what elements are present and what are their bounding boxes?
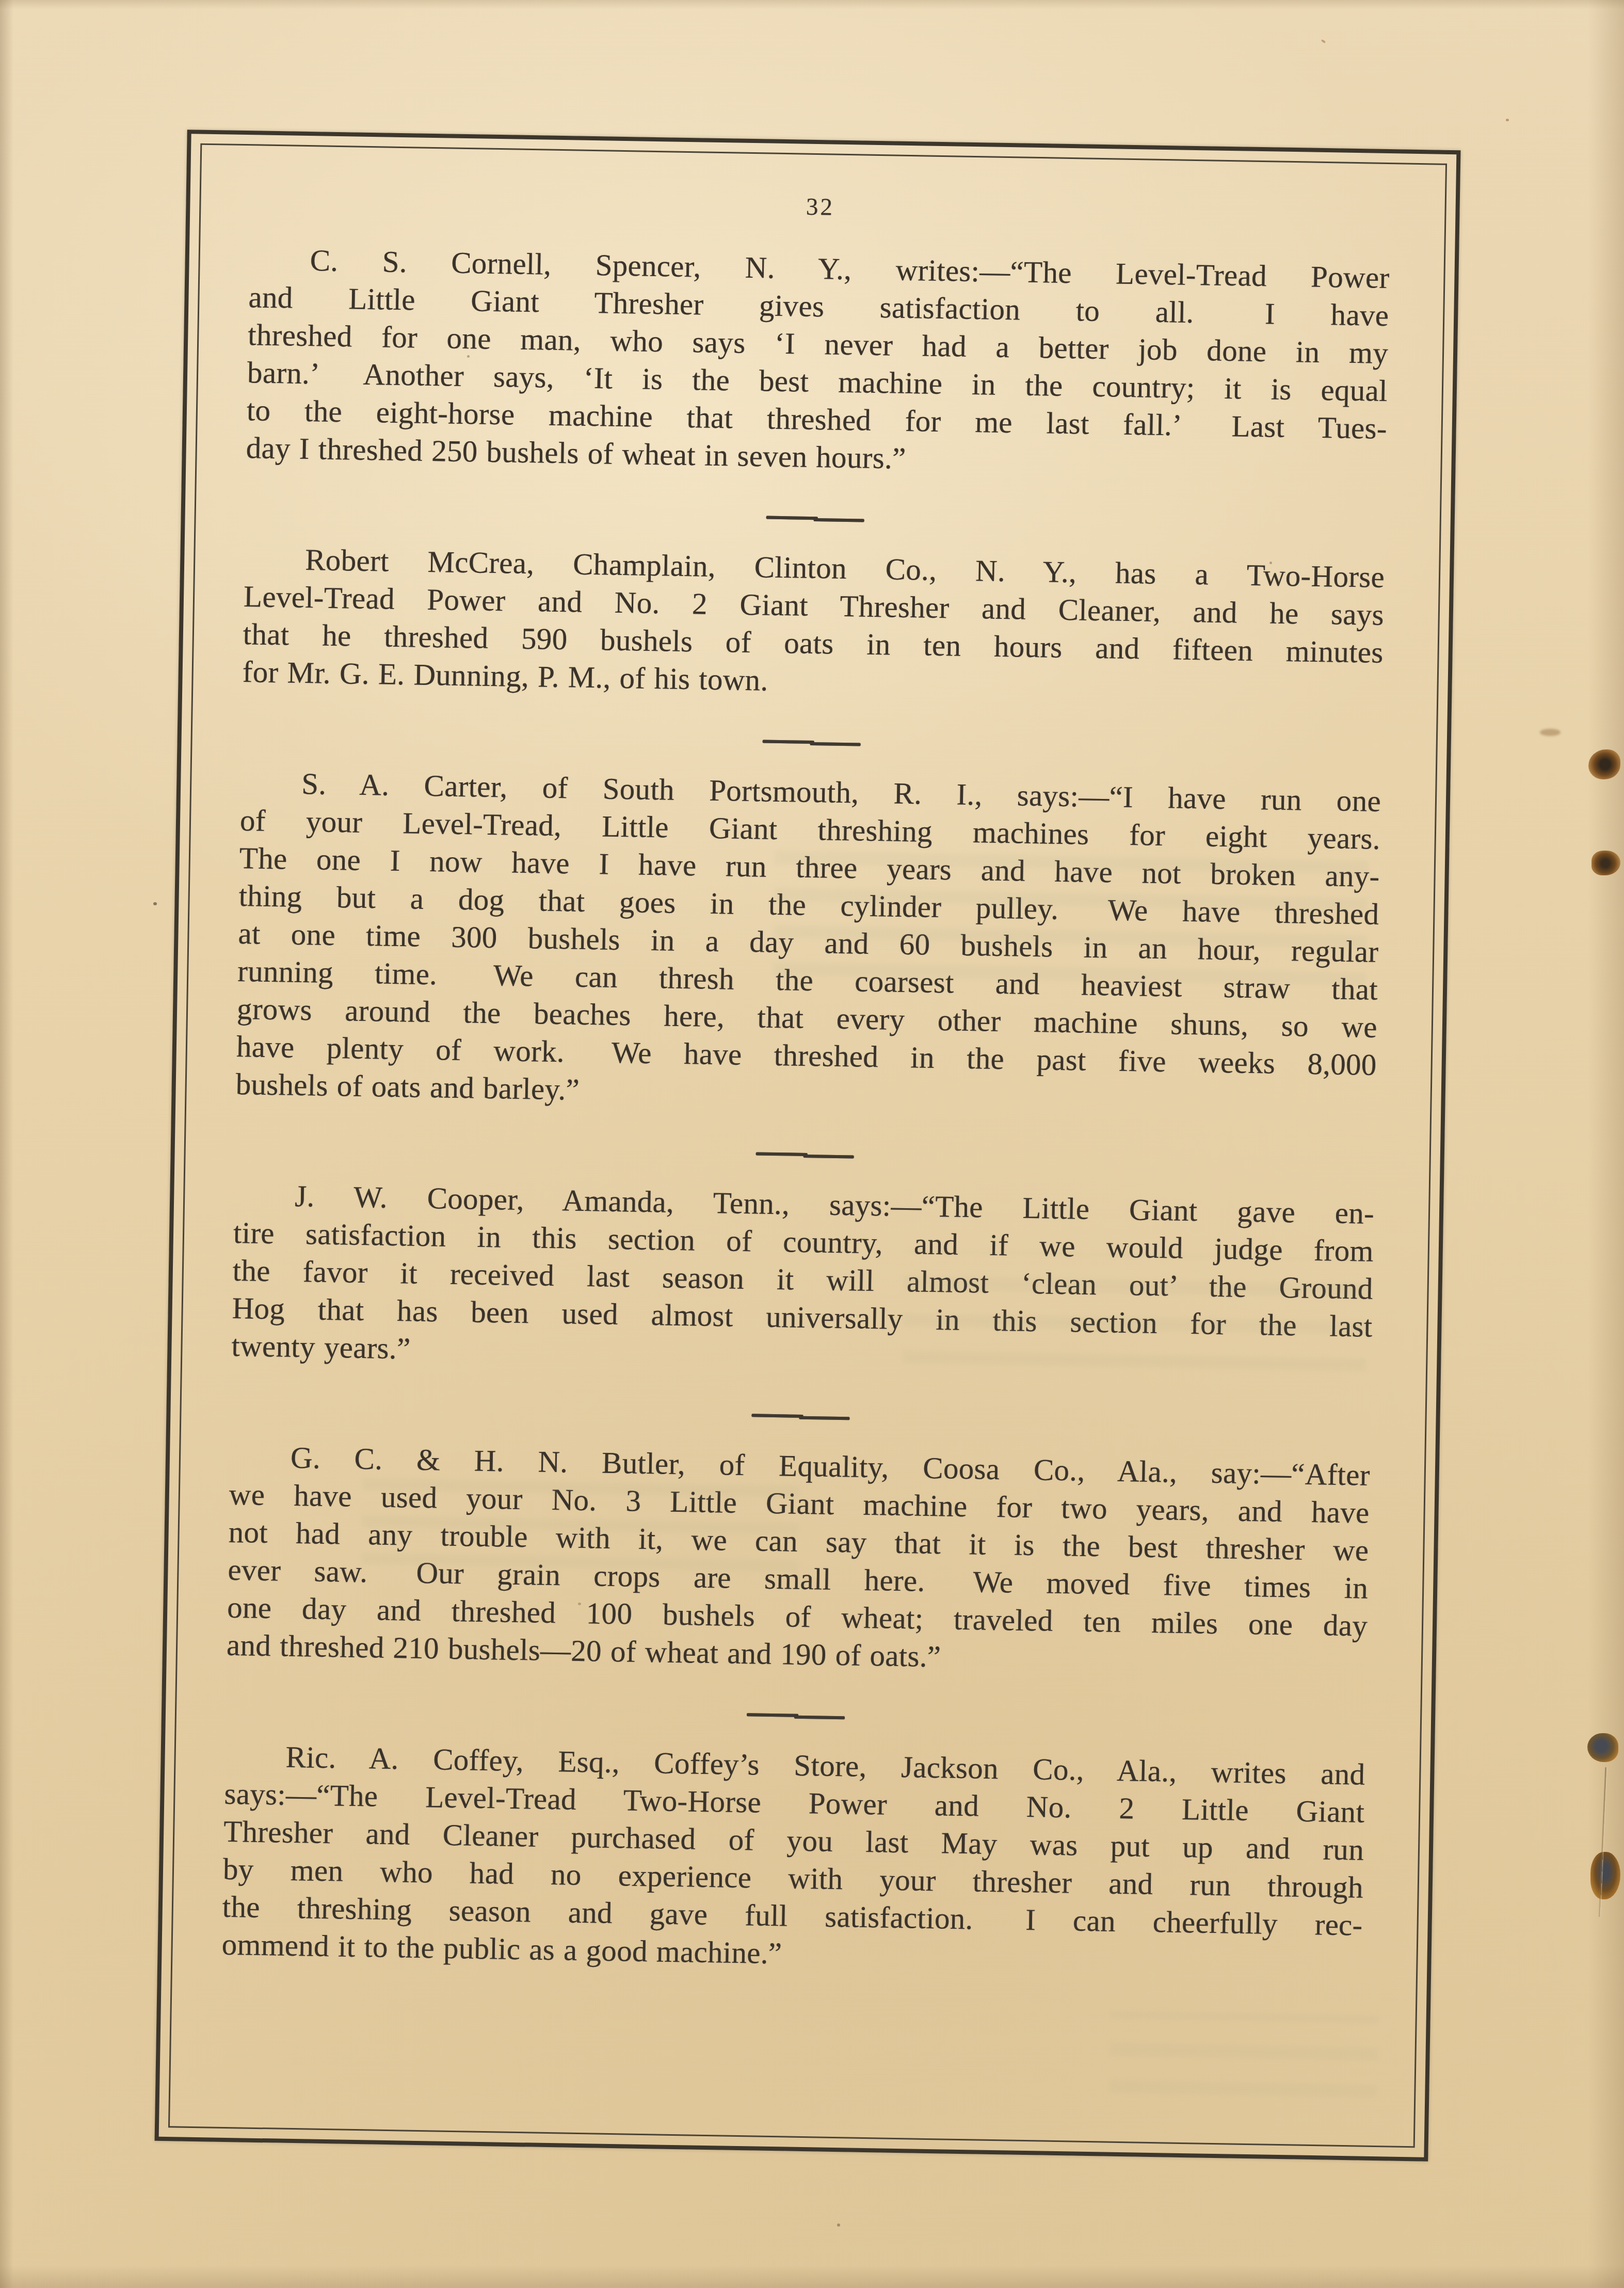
divider-dash-icon <box>803 1155 854 1159</box>
section-divider <box>763 739 861 747</box>
divider-dash-icon <box>766 516 818 520</box>
section-divider <box>751 1413 849 1421</box>
testimonial-paragraph: S. A. Carter, of South Portsmouth, R. I.… <box>235 764 1381 1122</box>
divider-dash-icon <box>794 1716 845 1720</box>
divider-dash-icon <box>810 742 861 746</box>
scan-edge-shadow-left <box>0 0 13 2288</box>
testimonial-paragraph: C. S. Cornell, Spencer, N. Y., writes:—“… <box>246 241 1390 485</box>
text-column: 32 C. S. Cornell, Spencer, N. Y., writes… <box>221 135 1391 1981</box>
testimonial-paragraph: G. C. & H. N. Butler, of Equality, Coosa… <box>227 1438 1371 1683</box>
page-number: 32 <box>250 179 1391 235</box>
foxing-spot <box>1587 1733 1618 1762</box>
foxing-spot <box>1590 1852 1620 1899</box>
paper-smudge <box>1540 729 1561 736</box>
testimonial-paragraph: Ric. A. Coffey, Esq., Coffey’s Store, Ja… <box>221 1737 1365 1982</box>
scanned-book-page: 32 C. S. Cornell, Spencer, N. Y., writes… <box>0 0 1624 2288</box>
divider-dash-icon <box>751 1414 803 1418</box>
divider-dash-icon <box>799 1416 849 1420</box>
scan-edge-shadow-bottom <box>0 2265 1624 2288</box>
testimonial-paragraph: J. W. Cooper, Amanda, Tenn., says:—“The … <box>231 1176 1375 1383</box>
paper-crease <box>1599 1767 1607 1917</box>
scan-edge-shadow-right <box>1588 0 1624 2288</box>
paper-fleck <box>1321 39 1326 43</box>
divider-dash-icon <box>763 740 814 744</box>
divider-dash-icon <box>814 518 864 522</box>
paper-fleck <box>837 2223 840 2227</box>
paper-fleck <box>1506 119 1509 121</box>
divider-dash-icon <box>756 1152 808 1156</box>
divider-dash-icon <box>747 1713 798 1717</box>
section-divider <box>766 516 864 523</box>
foxing-spot <box>1588 749 1620 779</box>
testimonial-paragraph: Robert McCrea, Champlain, Clinton Co., N… <box>242 540 1385 709</box>
paper-fleck <box>153 902 157 905</box>
scan-edge-shadow-top <box>0 0 1624 9</box>
page-rule-frame: 32 C. S. Cornell, Spencer, N. Y., writes… <box>155 130 1461 2162</box>
section-divider <box>756 1151 854 1159</box>
foxing-spot <box>1591 851 1620 875</box>
section-divider <box>747 1713 845 1720</box>
